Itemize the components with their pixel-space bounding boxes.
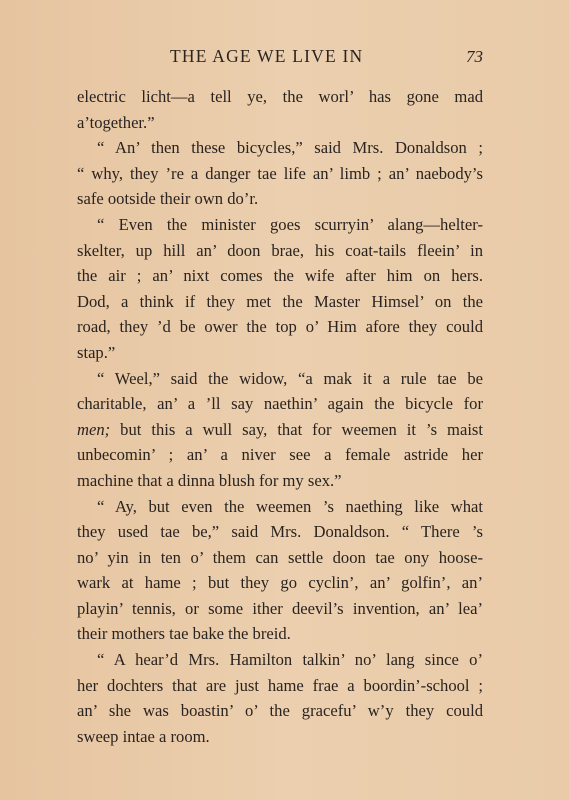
text-line: her dochters that are just hame frae a b…	[77, 673, 483, 699]
paragraph: “ Even the minister goes scurryin’ alang…	[77, 212, 483, 366]
text-line: wark at hame ; but they go cyclin’, an’ …	[77, 570, 483, 596]
running-title: THE AGE WE LIVE IN	[170, 46, 363, 67]
text-line: “ A hear’d Mrs. Hamilton talkin’ no’ lan…	[77, 647, 483, 673]
text-line-with-italic: men; but this a wull say, that for weeme…	[77, 417, 483, 443]
text-line: they used tae be,” said Mrs. Donaldson. …	[77, 519, 483, 545]
text-line: safe ootside their own do’r.	[77, 186, 483, 212]
text-line: the air ; an’ nixt comes the wife after …	[77, 263, 483, 289]
text-line: “ An’ then these bicycles,” said Mrs. Do…	[77, 135, 483, 161]
text-line: “ Ay, but even the weemen ’s naething li…	[77, 494, 483, 520]
paragraph: “ Weel,” said the widow, “a mak it a rul…	[77, 366, 483, 494]
text-fragment: but this a wull say, that for weemen it …	[110, 420, 483, 439]
text-line: “ Weel,” said the widow, “a mak it a rul…	[77, 366, 483, 392]
text-line: charitable, an’ a ’ll say naethin’ again…	[77, 391, 483, 417]
text-line: unbecomin’ ; an’ a niver see a female as…	[77, 442, 483, 468]
text-line: road, they ’d be ower the top o’ Him afo…	[77, 314, 483, 340]
text-line: a’together.”	[77, 110, 483, 136]
text-line: Dod, a think if they met the Master Hims…	[77, 289, 483, 315]
text-line: electric licht—a tell ye, the worl’ has …	[77, 84, 483, 110]
text-line: playin’ tennis, or some ither deevil’s i…	[77, 596, 483, 622]
text-line: skelter, up hill an’ doon brae, his coat…	[77, 238, 483, 264]
text-line: machine that a dinna blush for my sex.”	[77, 468, 483, 494]
paragraph: electric licht—a tell ye, the worl’ has …	[77, 84, 483, 135]
paragraph: “ An’ then these bicycles,” said Mrs. Do…	[77, 135, 483, 212]
paragraph: “ A hear’d Mrs. Hamilton talkin’ no’ lan…	[77, 647, 483, 749]
text-line: stap.”	[77, 340, 483, 366]
book-page: THE AGE WE LIVE IN 73 electric licht—a t…	[0, 0, 569, 800]
page-header: THE AGE WE LIVE IN 73	[0, 46, 569, 74]
text-line: “ Even the minister goes scurryin’ alang…	[77, 212, 483, 238]
italic-word: men;	[77, 420, 110, 439]
text-line: an’ she was boastin’ o’ the gracefu’ w’y…	[77, 698, 483, 724]
text-line: no’ yin in ten o’ them can settle doon t…	[77, 545, 483, 571]
text-line: their mothers tae bake the breid.	[77, 621, 483, 647]
text-line: sweep intae a room.	[77, 724, 483, 750]
page-number: 73	[466, 47, 483, 67]
paragraph: “ Ay, but even the weemen ’s naething li…	[77, 494, 483, 648]
text-line: “ why, they ’re a danger tae life an’ li…	[77, 161, 483, 187]
body-text: electric licht—a tell ye, the worl’ has …	[77, 84, 483, 749]
